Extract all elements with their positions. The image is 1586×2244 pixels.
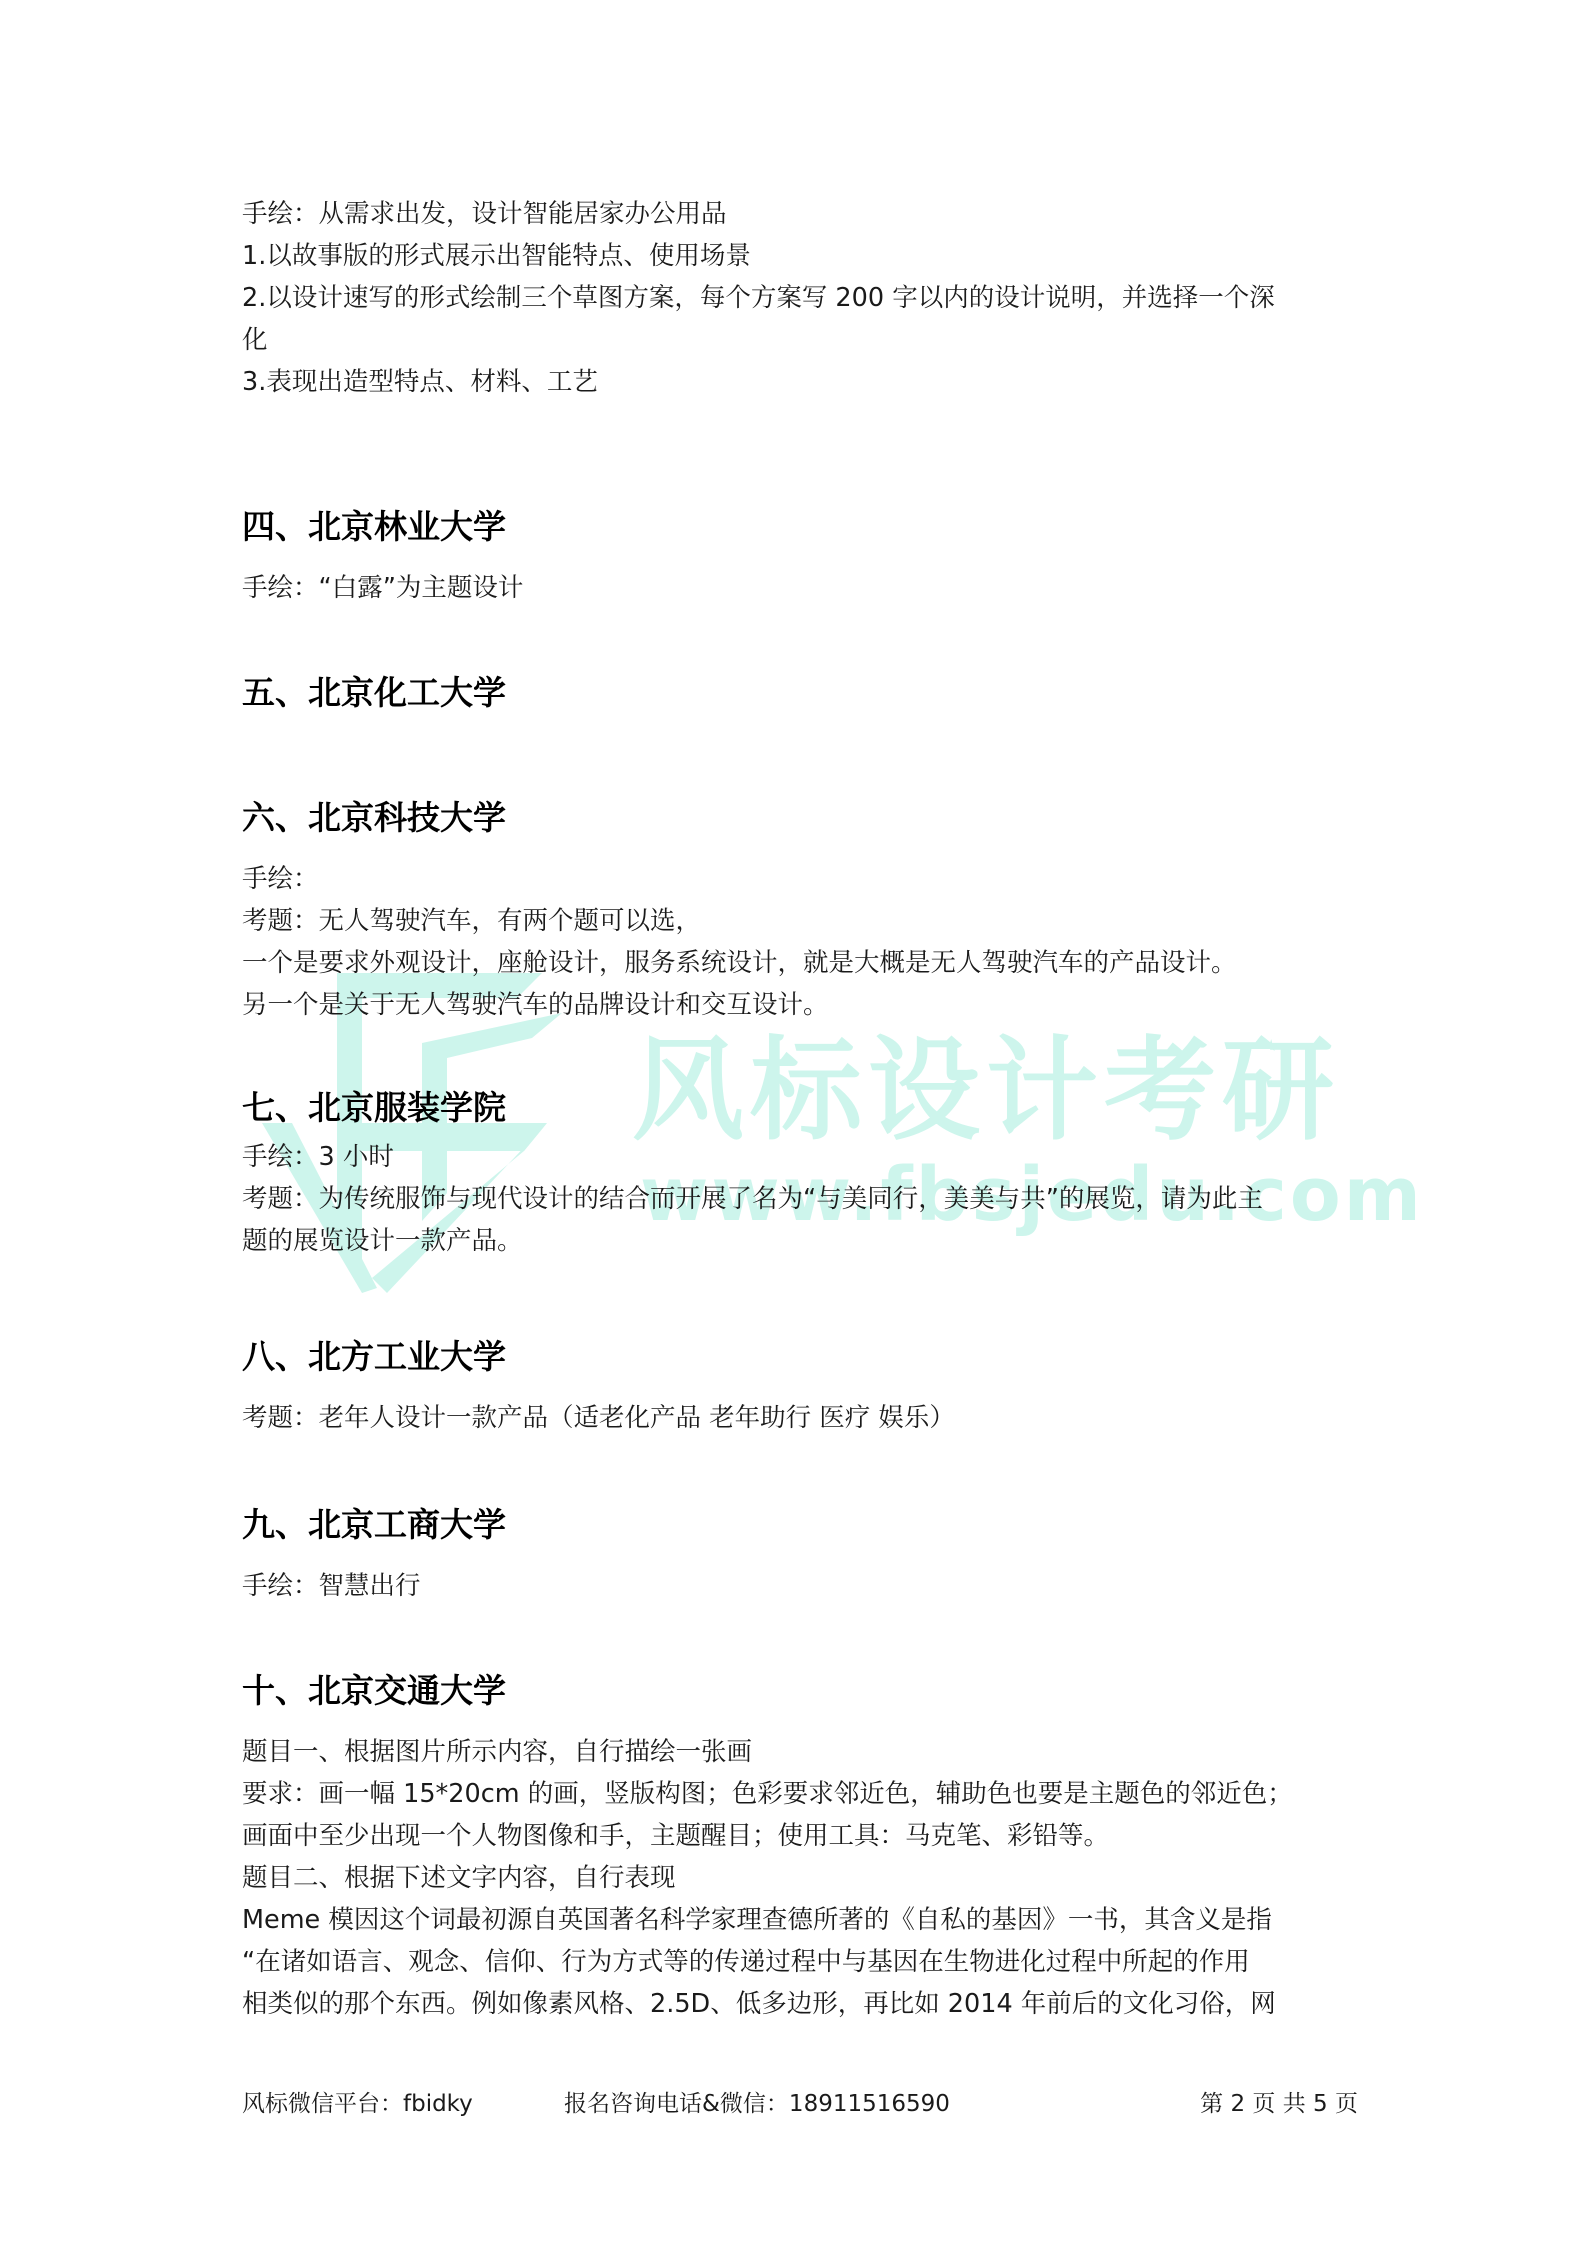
footer-page-number: 第 2 页 共 5 页 bbox=[1200, 2084, 1358, 2124]
section-heading: 五、北京化工大学 bbox=[242, 671, 1358, 715]
section-line: 手绘：智慧出行 bbox=[242, 1565, 1358, 1607]
section-ncut: 八、北方工业大学 考题：老年人设计一款产品（适老化产品 老年助行 医疗 娱乐） bbox=[242, 1335, 1358, 1439]
page-footer: 风标微信平台：fbidky 报名咨询电话&微信：18911516590 第 2 … bbox=[242, 2084, 1358, 2124]
section-line: 手绘：3 小时 bbox=[242, 1136, 1358, 1178]
intro-block: 手绘：从需求出发，设计智能居家办公用品 1.以故事版的形式展示出智能特点、使用场… bbox=[242, 193, 1358, 403]
section-line: “在诸如语言、观念、信仰、行为方式等的传递过程中与基因在生物进化过程中所起的作用 bbox=[242, 1941, 1358, 1983]
section-line: 手绘：“白露”为主题设计 bbox=[242, 567, 1358, 609]
section-heading: 十、北京交通大学 bbox=[242, 1669, 1358, 1713]
section-line: 要求：画一幅 15*20cm 的画，竖版构图；色彩要求邻近色，辅助色也要是主题色… bbox=[242, 1773, 1358, 1815]
section-line: 考题：为传统服饰与现代设计的结合而开展了名为“与美同行，美美与共”的展览，请为此… bbox=[242, 1178, 1358, 1220]
section-line: 一个是要求外观设计，座舱设计，服务系统设计，就是大概是无人驾驶汽车的产品设计。 bbox=[242, 942, 1358, 984]
intro-line: 3.表现出造型特点、材料、工艺 bbox=[242, 361, 1358, 403]
section-heading: 六、北京科技大学 bbox=[242, 796, 1358, 840]
section-btbu: 九、北京工商大学 手绘：智慧出行 bbox=[242, 1503, 1358, 1607]
intro-line: 2.以设计速写的形式绘制三个草图方案，每个方案写 200 字以内的设计说明，并选… bbox=[242, 277, 1358, 319]
section-heading: 九、北京工商大学 bbox=[242, 1503, 1358, 1547]
intro-line: 化 bbox=[242, 319, 1358, 361]
section-bjtu: 十、北京交通大学 题目一、根据图片所示内容，自行描绘一张画 要求：画一幅 15*… bbox=[242, 1669, 1358, 2025]
section-bift: 七、北京服装学院 手绘：3 小时 考题：为传统服饰与现代设计的结合而开展了名为“… bbox=[242, 1086, 1358, 1262]
section-line: 手绘： bbox=[242, 858, 1358, 900]
section-line: Meme 模因这个词最初源自英国著名科学家理查德所著的《自私的基因》一书，其含义… bbox=[242, 1899, 1358, 1941]
section-line: 考题：无人驾驶汽车，有两个题可以选， bbox=[242, 900, 1358, 942]
section-ustb: 六、北京科技大学 手绘： 考题：无人驾驶汽车，有两个题可以选， 一个是要求外观设… bbox=[242, 796, 1358, 1026]
section-line: 题目一、根据图片所示内容，自行描绘一张画 bbox=[242, 1731, 1358, 1773]
section-heading: 四、北京林业大学 bbox=[242, 505, 1358, 549]
footer-phone: 报名咨询电话&微信：18911516590 bbox=[564, 2084, 950, 2124]
footer-wechat: 风标微信平台：fbidky bbox=[242, 2084, 473, 2124]
section-line: 题目二、根据下述文字内容，自行表现 bbox=[242, 1857, 1358, 1899]
section-bjfu: 四、北京林业大学 手绘：“白露”为主题设计 bbox=[242, 505, 1358, 609]
section-line: 考题：老年人设计一款产品（适老化产品 老年助行 医疗 娱乐） bbox=[242, 1397, 1358, 1439]
document-page: 风标设计考研 www.fbsjedu.com 手绘：从需求出发，设计智能居家办公… bbox=[0, 0, 1586, 2244]
section-heading: 八、北方工业大学 bbox=[242, 1335, 1358, 1379]
section-line: 另一个是关于无人驾驶汽车的品牌设计和交互设计。 bbox=[242, 984, 1358, 1026]
section-line: 相类似的那个东西。例如像素风格、2.5D、低多边形，再比如 2014 年前后的文… bbox=[242, 1983, 1358, 2025]
section-line: 画面中至少出现一个人物图像和手，主题醒目；使用工具：马克笔、彩铅等。 bbox=[242, 1815, 1358, 1857]
section-heading: 七、北京服装学院 bbox=[242, 1086, 1358, 1130]
section-buct: 五、北京化工大学 bbox=[242, 671, 1358, 715]
intro-line: 1.以故事版的形式展示出智能特点、使用场景 bbox=[242, 235, 1358, 277]
section-line: 题的展览设计一款产品。 bbox=[242, 1220, 1358, 1262]
intro-line: 手绘：从需求出发，设计智能居家办公用品 bbox=[242, 193, 1358, 235]
